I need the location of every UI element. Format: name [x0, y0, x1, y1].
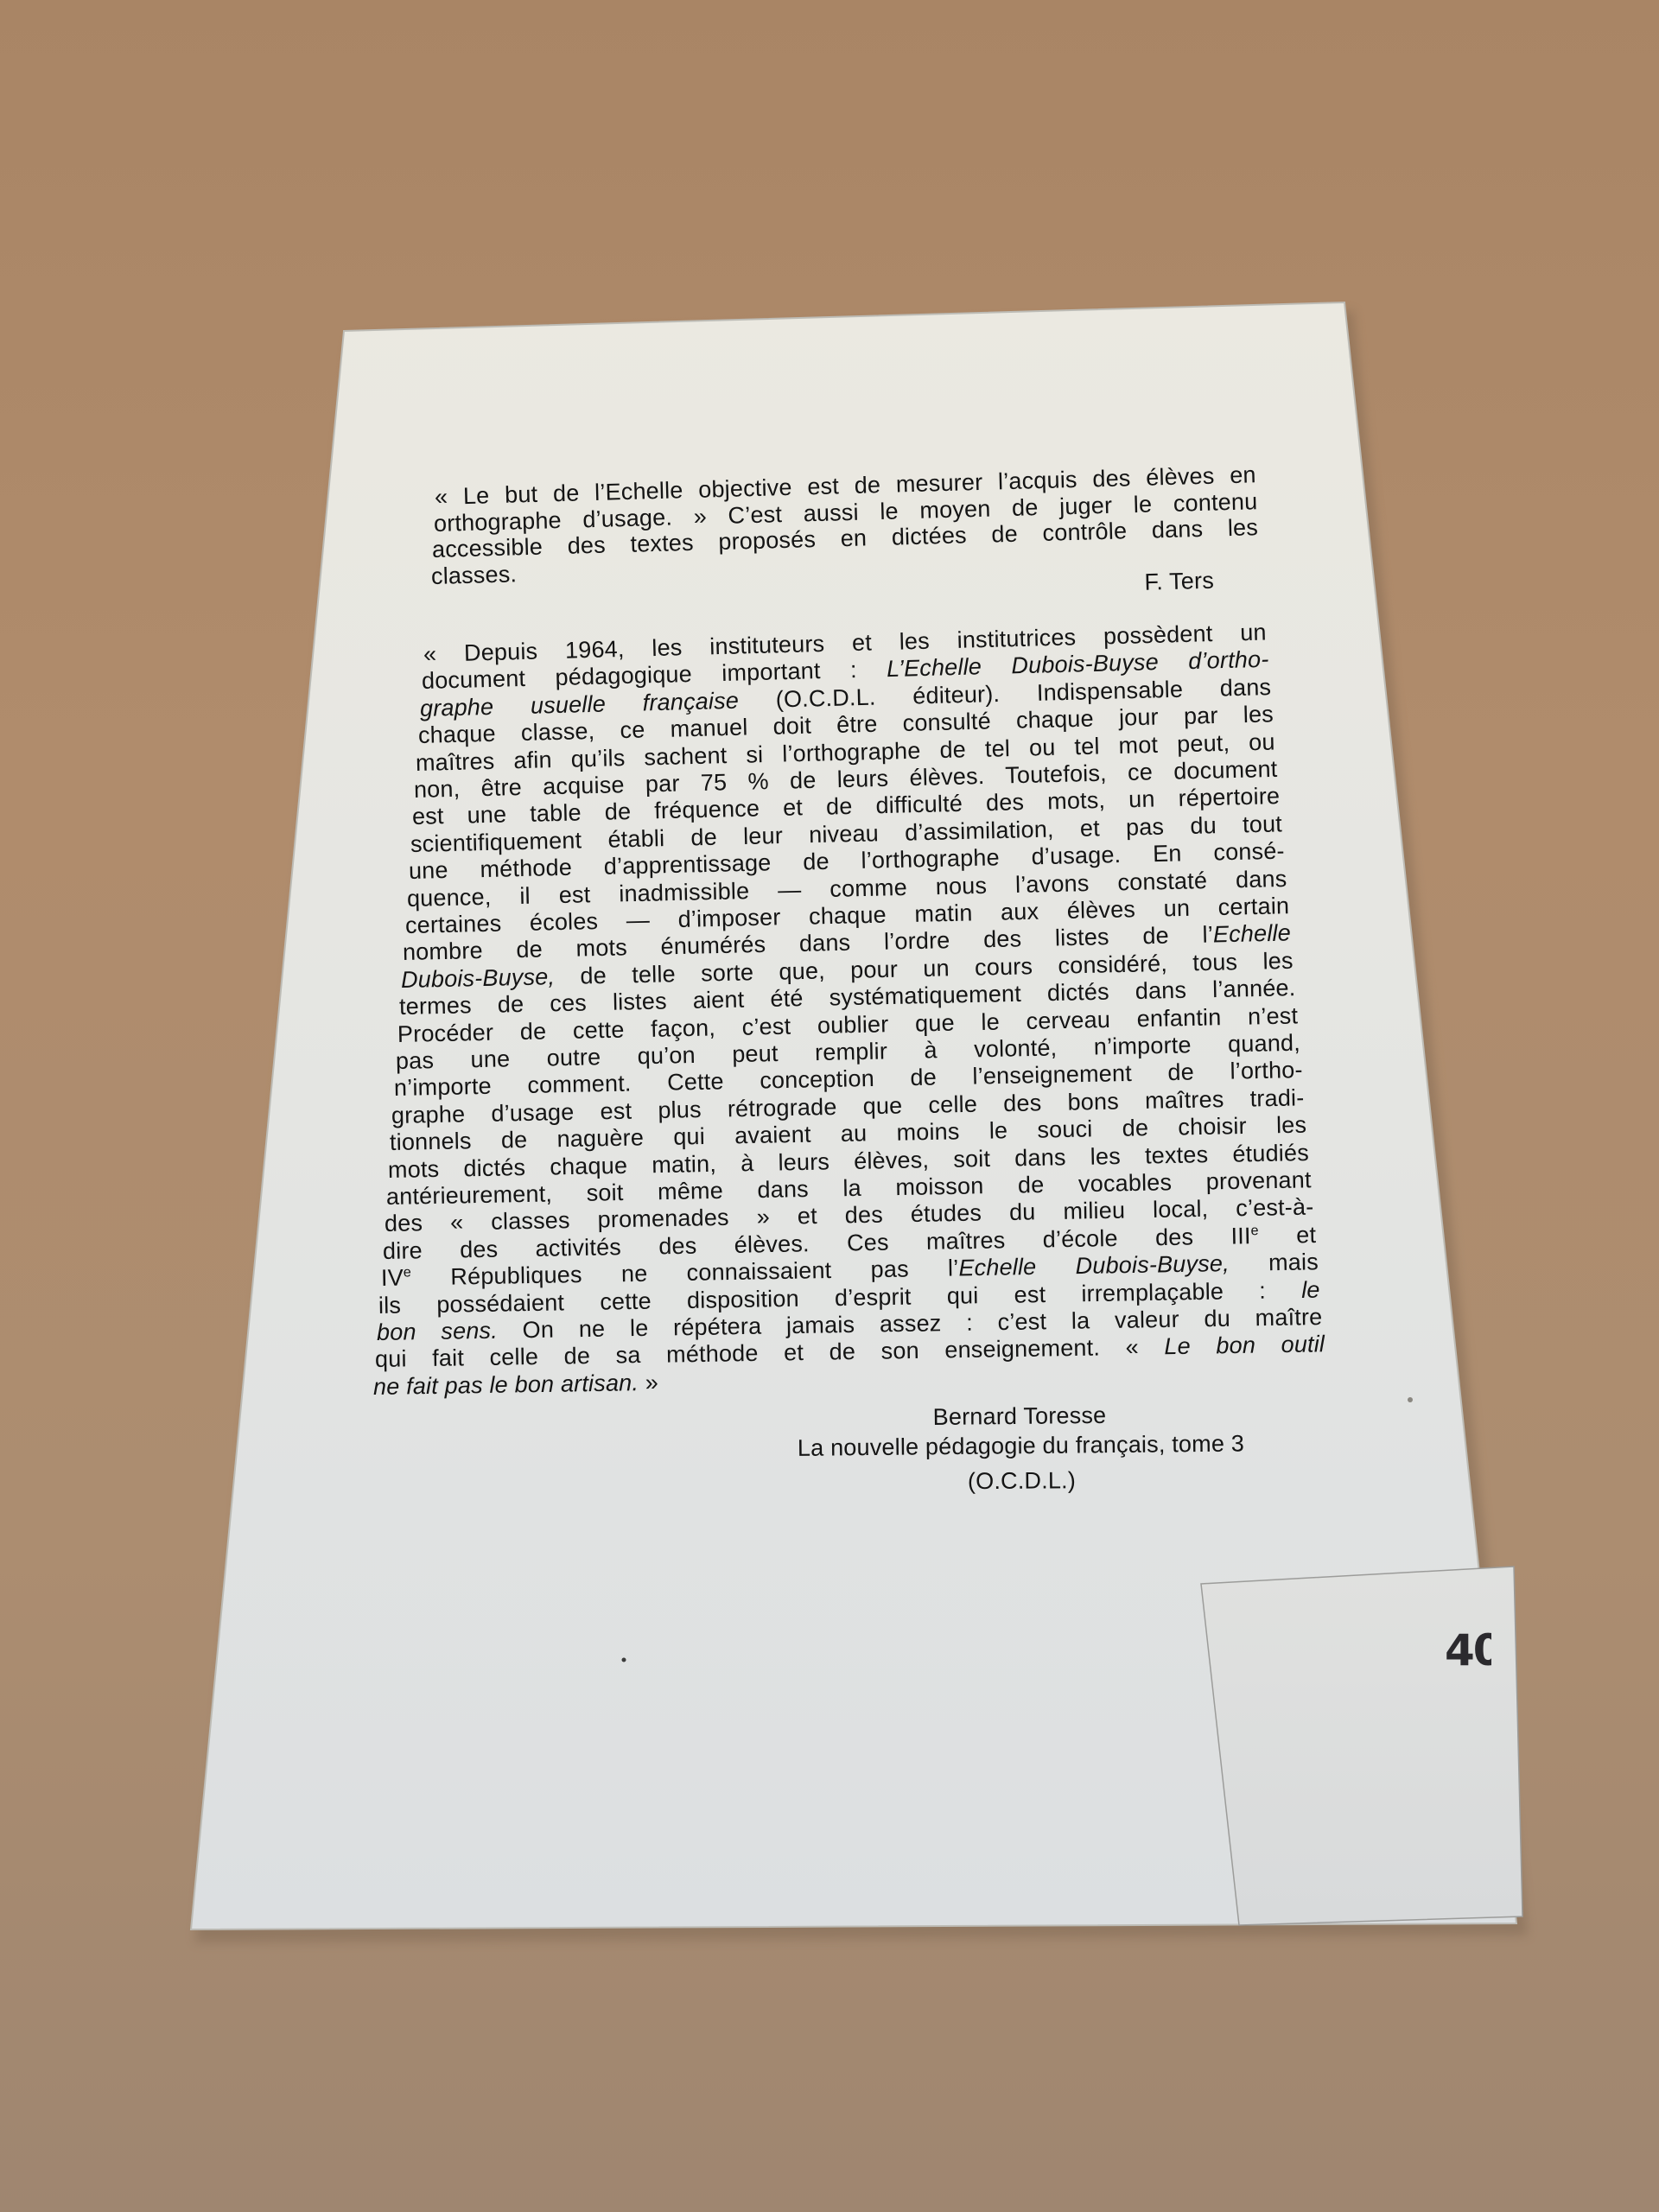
price-sticker-text: 40	[1445, 1624, 1491, 1676]
price-sticker	[1201, 1567, 1522, 1925]
attribution-author: Bernard Toresse	[847, 1402, 1192, 1431]
paper-speck	[622, 1658, 626, 1662]
photo-scene: « Le but de l’Echelle objective est de m…	[0, 0, 1659, 2212]
quote-attribution-f-ters: F. Ters	[1037, 568, 1215, 598]
paper-speck	[1408, 1397, 1413, 1402]
attribution-publisher: (O.C.D.L.)	[894, 1466, 1149, 1495]
